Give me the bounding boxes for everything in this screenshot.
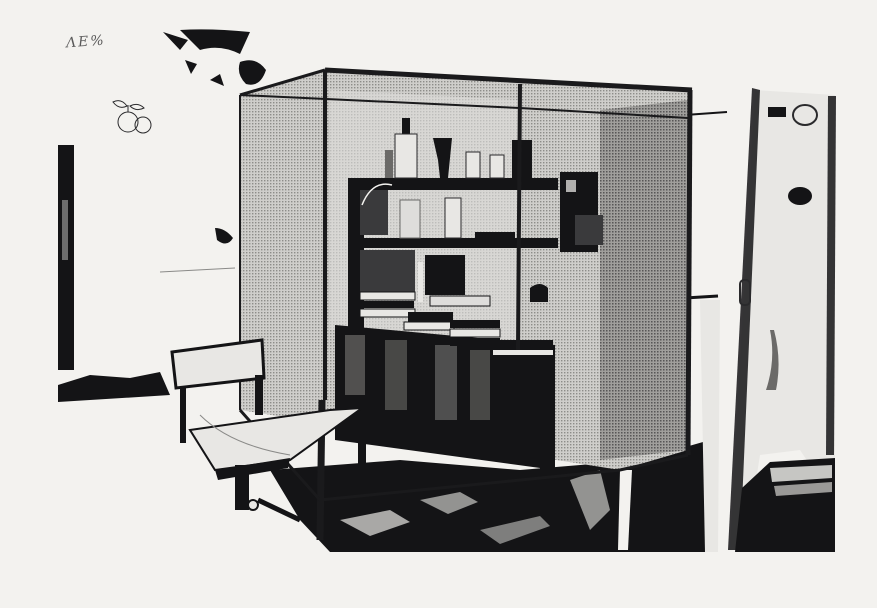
- screenprint-image: [0, 0, 877, 608]
- apple-doodle: [113, 101, 151, 133]
- foliage-shadow: [163, 29, 266, 86]
